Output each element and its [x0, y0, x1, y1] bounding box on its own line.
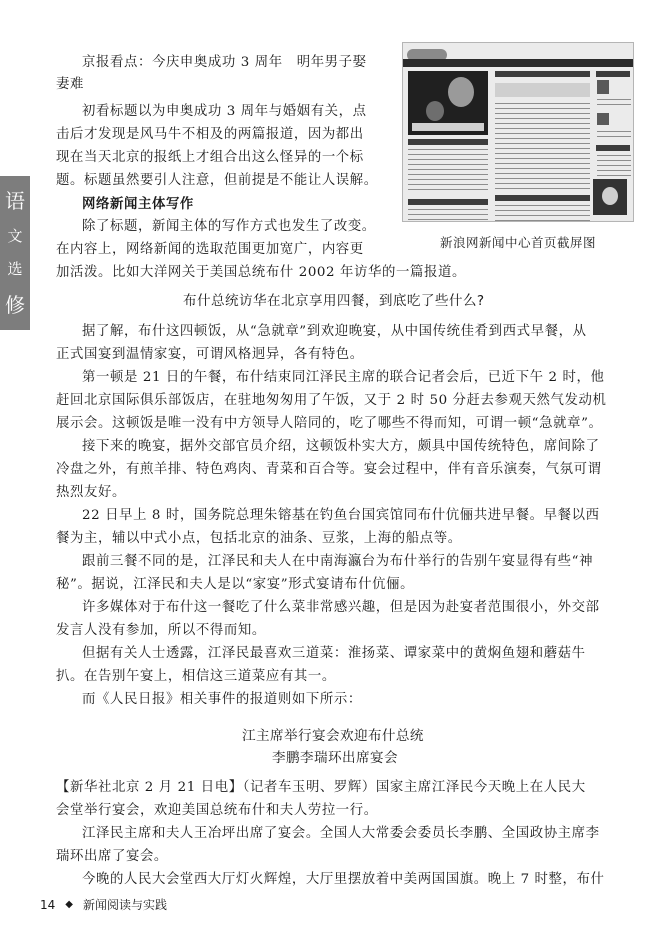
article-line: 冷盘之外，有煎羊排、特色鸡肉、青菜和百合等。宴会过程中，伴有音乐演奏，气氛可谓: [56, 460, 602, 480]
headline-example-line: 妻难: [56, 75, 84, 95]
text-block: [597, 129, 631, 141]
article-line: 热烈友好。: [56, 483, 126, 503]
paragraph-line: 击后才发现是风马牛不相及的两篇报道，因为都出: [56, 125, 364, 145]
article-line: 第一顿是 21 日的午餐，布什结束同江泽民主席的联合记者会后，已近下午 2 时，…: [82, 368, 604, 388]
article-line: 【新华社北京 2 月 21 日电】（记者车玉明、罗辉）国家主席江泽民今天晚上在人…: [56, 778, 586, 798]
text-block: [597, 153, 631, 177]
section-title: 网络新闻主体写作: [82, 194, 194, 214]
block-header: [495, 195, 590, 201]
thumbnail: [597, 80, 609, 94]
paragraph-line: 现在当天北京的报纸上才组合出这么怪异的一个标: [56, 148, 364, 168]
text-block: [495, 203, 590, 221]
text-block: [408, 147, 488, 193]
side-tab-char: 文: [7, 229, 22, 244]
article-title: 布什总统访华在北京享用四餐，到底吃了些什么?: [183, 289, 484, 309]
transition-line: 而《人民日报》相关事件的报道则如下所示：: [82, 690, 362, 710]
article-line: 展示会。这顿饭是唯一没有中方领导人陪同的，吃了哪些不得而知，可谓一顿“急就章”。: [56, 414, 603, 434]
article-line: 赶回北京国际俱乐部饭店，在驻地匆匆用了午饭，又于 2 时 50 分赶去参观天然气…: [56, 391, 606, 411]
avatar-image: [593, 179, 627, 215]
nav-bar: [403, 59, 633, 67]
article-line: 许多媒体对于布什这一餐吃了什么菜非常感兴趣，但是因为赴宴者范围很小，外交部: [82, 598, 600, 618]
paragraph-line: 除了标题，新闻主体的写作方式也发生了改变。: [82, 217, 376, 237]
page-footer: 14 ◆ 新闻阅读与实践: [40, 896, 167, 913]
side-tab-char: 语: [5, 191, 25, 211]
article-subtitle: 李鹏李瑞环出席宴会: [272, 746, 398, 766]
article-line: 瑞环出席了宴会。: [56, 847, 168, 867]
article-line: 跟前三餐不同的是，江泽民和夫人在中南海瀛台为布什举行的告别午宴显得有些“神: [82, 552, 593, 572]
article-line: 22 日早上 8 时，国务院总理朱镕基在钓鱼台国宾馆同布什伉俪共进早餐。早餐以西: [82, 506, 600, 526]
sina-news-screenshot: [402, 42, 634, 222]
article-line: 秘”。据说，江泽民和夫人是以“家宴”形式宴请布什伉俪。: [56, 575, 414, 595]
side-tab-char: 修: [5, 295, 25, 315]
article-line: 会堂举行宴会，欢迎美国总统布什和夫人劳拉一行。: [56, 801, 378, 821]
block-header: [596, 145, 630, 151]
headline-example-line: 京报看点：今庆申奥成功 3 周年 明年男子娶: [82, 53, 367, 73]
article-line: 据了解，布什这四顿饭，从“急就章”到欢迎晚宴，从中国传统佳肴到西式早餐，从: [82, 322, 587, 342]
text-block: [495, 101, 590, 191]
block-header: [495, 71, 590, 77]
article-line: 今晚的人民大会堂西大厅灯火辉煌，大厅里摆放着中美两国国旗。晚上 7 时整，布什: [82, 870, 605, 890]
book-title: 新闻阅读与实践: [83, 896, 167, 913]
block-header: [596, 71, 630, 77]
side-tab-char: 选: [7, 262, 22, 277]
news-photo: [408, 71, 488, 135]
article-line: 接下来的晚宴，据外交部官员介绍，这顿饭朴实大方，颇具中国传统特色，席间除了: [82, 437, 600, 457]
side-section-tab: 语 文 选 修: [0, 176, 30, 330]
paragraph-line: 题。标题虽然要引人注意，但前提是不能让人误解。: [56, 171, 378, 191]
article-line: 江泽民主席和夫人王冶坪出席了宴会。全国人大常委会委员长李鹏、全国政协主席李: [82, 824, 600, 844]
figure-caption: 新浪网新闻中心首页截屏图: [440, 233, 596, 251]
paragraph-line: 初看标题以为申奥成功 3 周年与婚姻有关，点: [82, 102, 367, 122]
article-line: 扒。在告别午宴上，相信这三道菜应有其一。: [56, 667, 336, 687]
page-number: 14: [40, 898, 55, 912]
headline-highlight: [495, 83, 590, 97]
text-block: [408, 207, 488, 221]
block-header: [408, 139, 488, 145]
paragraph-line: 加活泼。比如大洋网关于美国总统布什 2002 年访华的一篇报道。: [56, 263, 466, 283]
article-title: 江主席举行宴会欢迎布什总统: [242, 724, 424, 744]
article-line: 餐为主，辅以中式小点，包括北京的油条、豆浆，上海的船点等。: [56, 529, 462, 549]
article-line: 但据有关人士透露，江泽民最喜欢三道菜：淮扬菜、谭家菜中的黄焖鱼翅和蘑菇牛: [82, 644, 586, 664]
block-header: [408, 199, 488, 205]
thumbnail: [597, 113, 609, 125]
article-line: 正式国宴到温情家宴，可谓风格迥异，各有特色。: [56, 345, 364, 365]
text-block: [597, 97, 631, 109]
diamond-icon: ◆: [65, 899, 73, 910]
article-line: 发言人没有参加，所以不得而知。: [56, 621, 266, 641]
paragraph-line: 在内容上，网络新闻的选取范围更加宽广，内容更: [56, 240, 364, 260]
